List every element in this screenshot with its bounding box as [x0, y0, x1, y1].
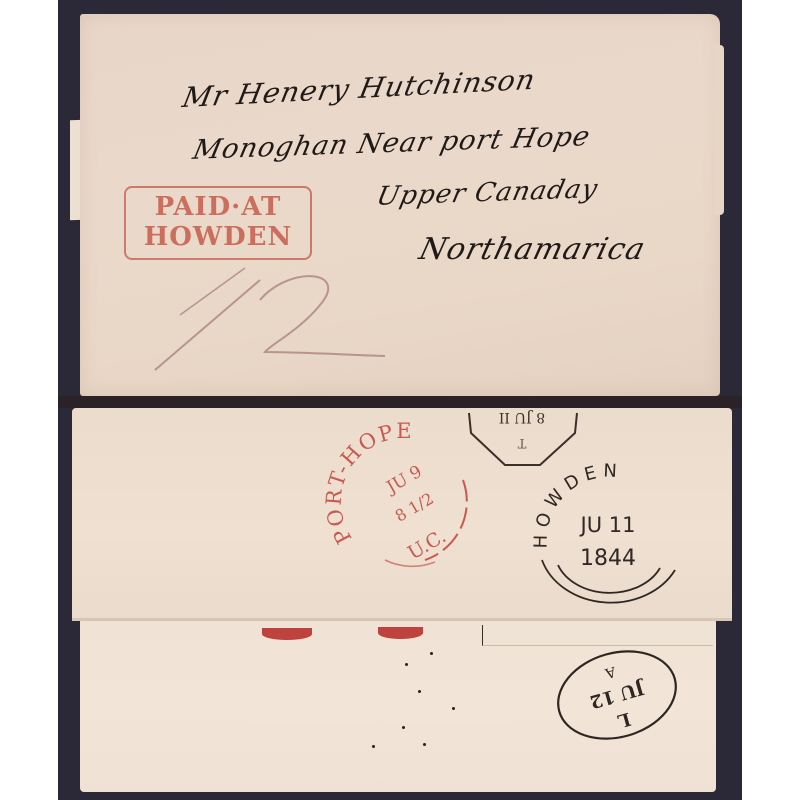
- ink-speck: [423, 743, 426, 746]
- octagonal-line-1: 8 JU II: [499, 409, 545, 425]
- paid-stamp-line-1: PAID·AT: [126, 192, 310, 222]
- right-flap-edge: [714, 45, 724, 215]
- octagonal-line-2: T: [517, 435, 526, 450]
- inner-flap: [482, 625, 713, 646]
- manuscript-rate-marking: [150, 260, 390, 380]
- oval-line-2: JU 12: [587, 676, 648, 712]
- fold-crease: [72, 618, 732, 621]
- port-hope-postmark: PORT-HOPE JU 9 8 1/2 U.C.: [325, 412, 485, 577]
- address-line-country: Northamarica: [416, 232, 650, 267]
- paid-at-howden-handstamp: PAID·AT HOWDEN: [124, 186, 312, 260]
- wax-seal-remnant-right: [378, 627, 423, 639]
- ink-speck: [402, 726, 405, 729]
- howden-year: 1844: [580, 546, 636, 571]
- paid-stamp-line-2: HOWDEN: [126, 222, 310, 252]
- ink-speck: [418, 690, 421, 693]
- ink-speck: [430, 652, 433, 655]
- ink-speck: [372, 745, 375, 748]
- howden-date: JU 11: [579, 513, 636, 537]
- ink-speck: [405, 663, 408, 666]
- howden-postmark: HOWDEN JU 11 1844: [530, 460, 690, 610]
- panel-divider: [58, 396, 742, 408]
- wax-seal-remnant-left: [262, 628, 312, 640]
- oval-receiving-stamp: L JU 12 A: [552, 645, 682, 745]
- ink-speck: [452, 707, 455, 710]
- oval-line-1: L: [615, 708, 633, 732]
- oval-line-3: A: [602, 663, 618, 682]
